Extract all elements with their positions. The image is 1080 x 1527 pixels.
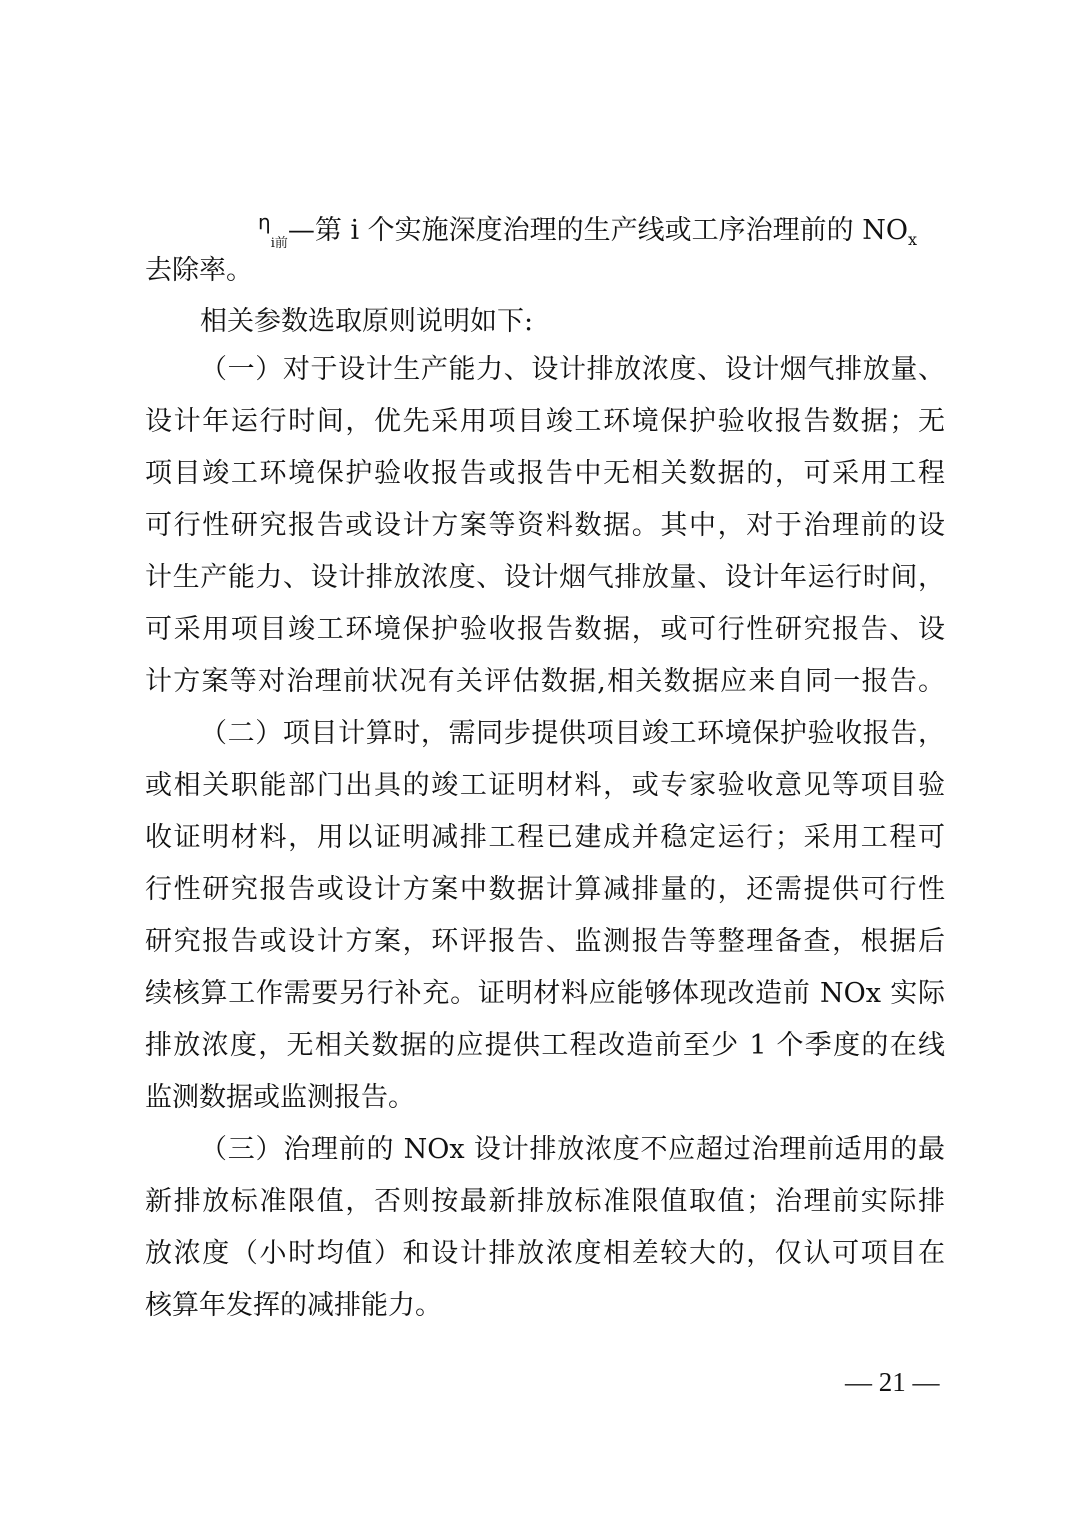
paragraph-1-line: 计方案等对治理前状况有关评估数据,相关数据应来自同一报告。: [145, 656, 945, 708]
paragraph-3-line: （三）治理前的 NOx 设计排放浓度不应超过治理前适用的最: [200, 1124, 945, 1176]
paragraph-2-line: 排放浓度，无相关数据的应提供工程改造前至少 1 个季度的在线: [145, 1020, 945, 1072]
definition-text: —第 i 个实施深度治理的生产线或工序治理前的 NO: [288, 215, 908, 246]
paragraph-1-line: （一）对于设计生产能力、设计排放浓度、设计烟气排放量、: [200, 344, 945, 396]
paragraph-2-line: 续核算工作需要另行补充。证明材料应能够体现改造前 NOx 实际: [145, 968, 945, 1020]
paragraph-1-line: 可行性研究报告或设计方案等资料数据。其中，对于治理前的设: [145, 500, 945, 552]
document-page: ηi前—第 i 个实施深度治理的生产线或工序治理前的 NOx 去除率。 相关参数…: [0, 0, 1080, 1527]
paragraph-2-line: 收证明材料，用以证明减排工程已建成并稳定运行；采用工程可: [145, 812, 945, 864]
definition-line: ηi前—第 i 个实施深度治理的生产线或工序治理前的 NOx: [258, 196, 945, 248]
paragraph-1-line: 可采用项目竣工环境保护验收报告数据，或可行性研究报告、设: [145, 604, 945, 656]
paragraph-1-line: 计生产能力、设计排放浓度、设计烟气排放量、设计年运行时间，: [145, 552, 945, 604]
paragraph-2-line: （二）项目计算时，需同步提供项目竣工环境保护验收报告，: [200, 708, 945, 760]
eta-symbol: η: [258, 210, 271, 234]
paragraph-2-line: 行性研究报告或设计方案中数据计算减排量的，还需提供可行性: [145, 864, 945, 916]
paragraph-3-line: 新排放标准限值，否则按最新排放标准限值取值；治理前实际排: [145, 1176, 945, 1228]
paragraph-1-line: 项目竣工环境保护验收报告或报告中无相关数据的，可采用工程: [145, 448, 945, 500]
definition-continuation: 去除率。: [145, 245, 945, 297]
paragraph-3-line: 核算年发挥的减排能力。: [145, 1280, 945, 1332]
paragraph-2-line: 研究报告或设计方案，环评报告、监测报告等整理备查，根据后: [145, 916, 945, 968]
intro-line: 相关参数选取原则说明如下:: [200, 296, 945, 348]
paragraph-1-line: 设计年运行时间，优先采用项目竣工环境保护验收报告数据；无: [145, 396, 945, 448]
paragraph-2-line: 或相关职能部门出具的竣工证明材料，或专家验收意见等项目验: [145, 760, 945, 812]
paragraph-2-line: 监测数据或监测报告。: [145, 1072, 945, 1124]
paragraph-3-line: 放浓度（小时均值）和设计排放浓度相差较大的，仅认可项目在: [145, 1228, 945, 1280]
page-number: — 21 —: [845, 1362, 940, 1402]
